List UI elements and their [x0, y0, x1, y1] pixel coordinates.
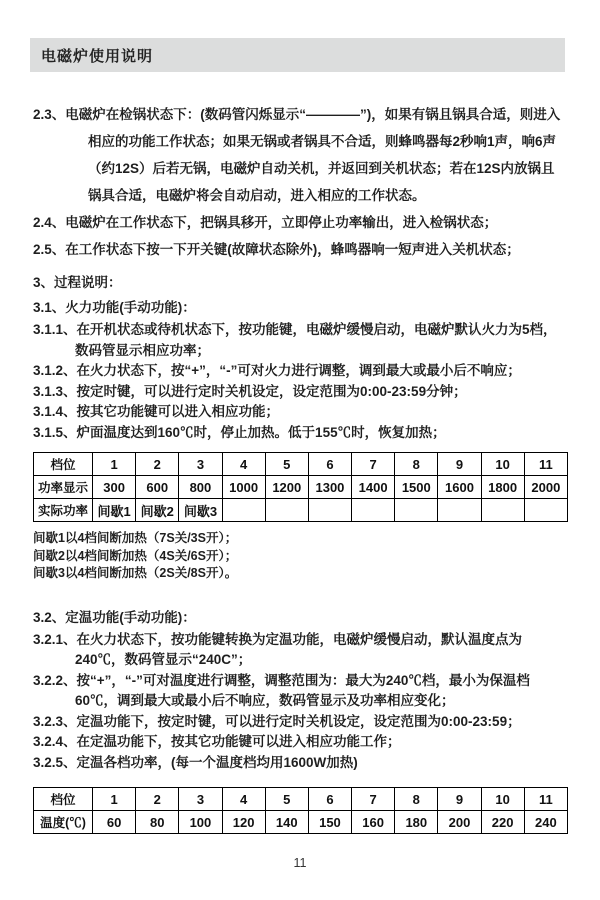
- table-cell: 2: [136, 453, 179, 476]
- list-item: 3.2.4、在定温功能下，按其它功能键可以进入相应功能工作；: [33, 732, 568, 753]
- note-line: 间歇3以4档间断加热（2S关/8S开）。: [33, 565, 568, 583]
- item-text: 按“+”，“-”可对温度进行调整，调整范围为：最大为240℃档，最小为保温档60…: [75, 673, 530, 709]
- table-cell: 200: [438, 811, 481, 834]
- item-text: 电磁炉在检锅状态下：(数码管闪烁显示“————”)，如果有锅且锅具合适，则进入相…: [65, 107, 560, 203]
- table-cell: 11: [524, 453, 567, 476]
- table-cell: [438, 499, 481, 522]
- table-cell: 2: [136, 788, 179, 811]
- temperature-table: 档位 1 2 3 4 5 6 7 8 9 10 11 温度(℃) 60 80: [33, 787, 568, 834]
- list-item: 3.1.1、在开机状态或待机状态下，按功能键，电磁炉缓慢启动，电磁炉默认火力为5…: [33, 320, 568, 361]
- table-cell: 1600: [438, 476, 481, 499]
- table-cell: 4: [222, 788, 265, 811]
- item-number: 3.2.4、: [33, 734, 77, 749]
- list-item: 3.2.5、定温各档功率，(每一个温度档均用1600W加热): [33, 753, 568, 774]
- table-cell: 1800: [481, 476, 524, 499]
- item-number: 3.1、: [33, 300, 65, 315]
- table-cell: 5: [265, 788, 308, 811]
- table-cell: 间歇3: [179, 499, 222, 522]
- manual-page: 电磁炉使用说明 2.3、电磁炉在检锅状态下：(数码管闪烁显示“————”)，如果…: [0, 0, 600, 900]
- table-row: 温度(℃) 60 80 100 120 140 150 160 180 200 …: [34, 811, 568, 834]
- table-row: 档位 1 2 3 4 5 6 7 8 9 10 11: [34, 788, 568, 811]
- table-cell: 间歇1: [93, 499, 136, 522]
- item-number: 2.3、: [33, 107, 65, 122]
- table-cell: 3: [179, 788, 222, 811]
- table-cell: 1300: [308, 476, 351, 499]
- table-cell: 300: [93, 476, 136, 499]
- table-cell: 160: [352, 811, 395, 834]
- table-cell: [352, 499, 395, 522]
- table-cell: 600: [136, 476, 179, 499]
- list-item: 3.1.4、按其它功能键可以进入相应功能；: [33, 402, 568, 423]
- table-cell: [481, 499, 524, 522]
- item-text: 电磁炉在工作状态下，把锅具移开，立即停止功率输出，进入检锅状态；: [65, 215, 497, 230]
- item-text: 按定时键，可以进行定时关机设定，设定范围为0:00-23:59分钟；: [77, 384, 467, 399]
- subsection-heading: 3.2、定温功能(手动功能)：: [33, 605, 568, 630]
- section-heading: 3、过程说明：: [33, 270, 568, 295]
- list-item: 3.2.1、在火力状态下，按功能键转换为定温功能，电磁炉缓慢启动，默认温度点为2…: [33, 630, 568, 671]
- item-text: 在火力状态下，按功能键转换为定温功能，电磁炉缓慢启动，默认温度点为240℃，数码…: [75, 632, 522, 668]
- list-item: 3.1.5、炉面温度达到160℃时，停止加热。低于155℃时，恢复加热；: [33, 423, 568, 444]
- subsection-heading: 3.1、火力功能(手动功能)：: [33, 295, 568, 320]
- page-number: 11: [0, 856, 600, 870]
- table-cell: [524, 499, 567, 522]
- list-item: 2.3、电磁炉在检锅状态下：(数码管闪烁显示“————”)，如果有锅且锅具合适，…: [33, 101, 568, 209]
- table-cell: 8: [395, 788, 438, 811]
- item-text: 按其它功能键可以进入相应功能；: [77, 404, 280, 419]
- list-item: 3.1.3、按定时键，可以进行定时关机设定，设定范围为0:00-23:59分钟；: [33, 382, 568, 403]
- table-cell: 间歇2: [136, 499, 179, 522]
- table-cell: 9: [438, 453, 481, 476]
- item-number: 3.1.2、: [33, 363, 77, 378]
- table-cell: [308, 499, 351, 522]
- item-text: 过程说明：: [54, 275, 122, 290]
- table-cell: 100: [179, 811, 222, 834]
- item-text: 定温功能下，按定时键，可以进行定时关机设定，设定范围为0:00-23:59；: [77, 714, 521, 729]
- table-cell: 6: [308, 788, 351, 811]
- item-text: 在开机状态或待机状态下，按功能键，电磁炉缓慢启动，电磁炉默认火力为5档，数码管显…: [75, 322, 557, 358]
- note-line: 间歇1以4档间断加热（7S关/3S开）；: [33, 530, 568, 548]
- item-text: 炉面温度达到160℃时，停止加热。低于155℃时，恢复加热；: [77, 425, 446, 440]
- table-cell: 9: [438, 788, 481, 811]
- page-title: 电磁炉使用说明: [41, 45, 153, 66]
- table-cell: 240: [524, 811, 567, 834]
- table-row: 实际功率 间歇1 间歇2 间歇3: [34, 499, 568, 522]
- table-row-header: 温度(℃): [34, 811, 93, 834]
- table-cell: 180: [395, 811, 438, 834]
- item-number: 3.1.4、: [33, 404, 77, 419]
- list-item: 2.4、电磁炉在工作状态下，把锅具移开，立即停止功率输出，进入检锅状态；: [33, 209, 568, 236]
- table-cell: 7: [352, 453, 395, 476]
- table-cell: 2000: [524, 476, 567, 499]
- list-item: 2.5、在工作状态下按一下开关键(故障状态除外)，蜂鸣器响一短声进入关机状态；: [33, 236, 568, 263]
- item-text: 在火力状态下，按“+”，“-”可对火力进行调整，调到最大或最小后不响应；: [77, 363, 521, 378]
- item-number: 3.2.5、: [33, 755, 77, 770]
- table-cell: 60: [93, 811, 136, 834]
- table-row: 功率显示 300 600 800 1000 1200 1300 1400 150…: [34, 476, 568, 499]
- item-number: 3.1.1、: [33, 322, 77, 337]
- list-item: 3.2.3、定温功能下，按定时键，可以进行定时关机设定，设定范围为0:00-23…: [33, 712, 568, 733]
- item-text: 在定温功能下，按其它功能键可以进入相应功能工作；: [77, 734, 401, 749]
- item-number: 3.2.3、: [33, 714, 77, 729]
- item-number: 3.1.5、: [33, 425, 77, 440]
- section-title-bar: 电磁炉使用说明: [30, 38, 565, 72]
- power-table: 档位 1 2 3 4 5 6 7 8 9 10 11 功率显示 300 600: [33, 452, 568, 522]
- table-cell: 5: [265, 453, 308, 476]
- table-cell: 1500: [395, 476, 438, 499]
- list-item: 3.2.2、按“+”，“-”可对温度进行调整，调整范围为：最大为240℃档，最小…: [33, 671, 568, 712]
- table-notes: 间歇1以4档间断加热（7S关/3S开）； 间歇2以4档间断加热（4S关/6S开）…: [33, 530, 568, 583]
- table-cell: [395, 499, 438, 522]
- table-cell: 6: [308, 453, 351, 476]
- table-cell: 4: [222, 453, 265, 476]
- item-text: 在工作状态下按一下开关键(故障状态除外)，蜂鸣器响一短声进入关机状态；: [65, 242, 520, 257]
- item-number: 3.2.2、: [33, 673, 77, 688]
- table-cell: 80: [136, 811, 179, 834]
- table-cell: 7: [352, 788, 395, 811]
- table-cell: 1: [93, 453, 136, 476]
- page-content: 2.3、电磁炉在检锅状态下：(数码管闪烁显示“————”)，如果有锅且锅具合适，…: [33, 101, 568, 834]
- item-number: 2.5、: [33, 242, 65, 257]
- table-row-header: 功率显示: [34, 476, 93, 499]
- table-cell: 11: [524, 788, 567, 811]
- table-cell: 220: [481, 811, 524, 834]
- item-number: 3.2、: [33, 610, 65, 625]
- item-number: 2.4、: [33, 215, 65, 230]
- table-cell: 140: [265, 811, 308, 834]
- table-cell: 150: [308, 811, 351, 834]
- table-cell: 120: [222, 811, 265, 834]
- table-cell: 10: [481, 453, 524, 476]
- table-cell: [222, 499, 265, 522]
- table-row-header: 实际功率: [34, 499, 93, 522]
- item-number: 3.2.1、: [33, 632, 77, 647]
- table-cell: 10: [481, 788, 524, 811]
- item-number: 3、: [33, 275, 54, 290]
- table-row-header: 档位: [34, 788, 93, 811]
- table-row: 档位 1 2 3 4 5 6 7 8 9 10 11: [34, 453, 568, 476]
- item-text: 定温各档功率，(每一个温度档均用1600W加热): [77, 755, 358, 770]
- table-cell: 8: [395, 453, 438, 476]
- item-text: 定温功能(手动功能)：: [65, 610, 196, 625]
- table-cell: 1200: [265, 476, 308, 499]
- table-row-header: 档位: [34, 453, 93, 476]
- table-cell: 3: [179, 453, 222, 476]
- item-text: 火力功能(手动功能)：: [65, 300, 196, 315]
- table-cell: 800: [179, 476, 222, 499]
- table-cell: 1000: [222, 476, 265, 499]
- table-cell: 1: [93, 788, 136, 811]
- note-line: 间歇2以4档间断加热（4S关/6S开）；: [33, 548, 568, 566]
- item-number: 3.1.3、: [33, 384, 77, 399]
- table-cell: 1400: [352, 476, 395, 499]
- table-cell: [265, 499, 308, 522]
- list-item: 3.1.2、在火力状态下，按“+”，“-”可对火力进行调整，调到最大或最小后不响…: [33, 361, 568, 382]
